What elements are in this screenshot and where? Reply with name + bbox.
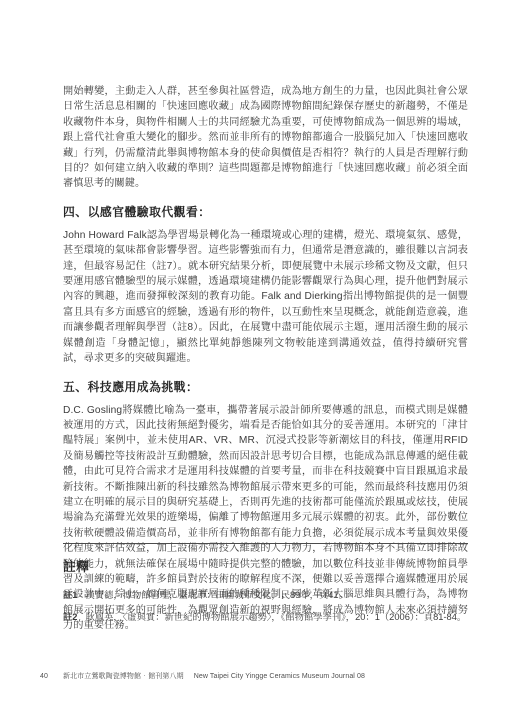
note-text: 漢寶德，博物館管理，臺北市：田園城市文化，民89年，頁41。 — [85, 589, 468, 602]
note-text: 耿鳳英，〈虛與實：新世紀的博物館展示趨勢〉，《館物館學季刊》，20：1（2006… — [85, 611, 468, 624]
journal-title-zh: 新北市立鶯歌陶瓷博物館‧館刊第八期 — [63, 671, 184, 681]
note-item: 註2 耿鳳英，〈虛與實：新世紀的博物館展示趨勢〉，《館物館學季刊》，20：1（2… — [63, 611, 468, 624]
journal-title-en: New Taipei City Yingge Ceramics Museum J… — [194, 673, 365, 680]
note-label: 註2 — [63, 611, 77, 624]
section-4-heading: 四、以感官體驗取代觀看： — [63, 203, 468, 220]
notes-list: 註1 漢寶德，博物館管理，臺北市：田園城市文化，民89年，頁41。 註2 耿鳳英… — [63, 589, 468, 624]
note-label: 註1 — [63, 589, 77, 602]
page-number: 40 — [40, 673, 63, 680]
page-footer: 40 新北市立鶯歌陶瓷博物館‧館刊第八期 New Taipei City Yin… — [40, 671, 468, 681]
section-5-heading: 五、科技應用成為挑戰： — [63, 378, 468, 395]
intro-paragraph: 開始轉變，主動走入人群，甚至參與社區營造，成為地方創生的力量，也因此與社會公眾日… — [63, 84, 468, 192]
journal-page: 開始轉變，主動走入人群，甚至參與社區營造，成為地方創生的力量，也因此與社會公眾日… — [0, 0, 512, 724]
note-item: 註1 漢寶德，博物館管理，臺北市：田園城市文化，民89年，頁41。 — [63, 589, 468, 602]
notes-divider — [63, 543, 468, 544]
notes-section: 註釋 註1 漢寶德，博物館管理，臺北市：田園城市文化，民89年，頁41。 註2 … — [63, 543, 468, 633]
notes-heading: 註釋 — [63, 556, 468, 575]
section-4-paragraph: John Howard Falk認為學習場景轉化為一種環境或心理的建構，燈光、環… — [63, 228, 468, 367]
